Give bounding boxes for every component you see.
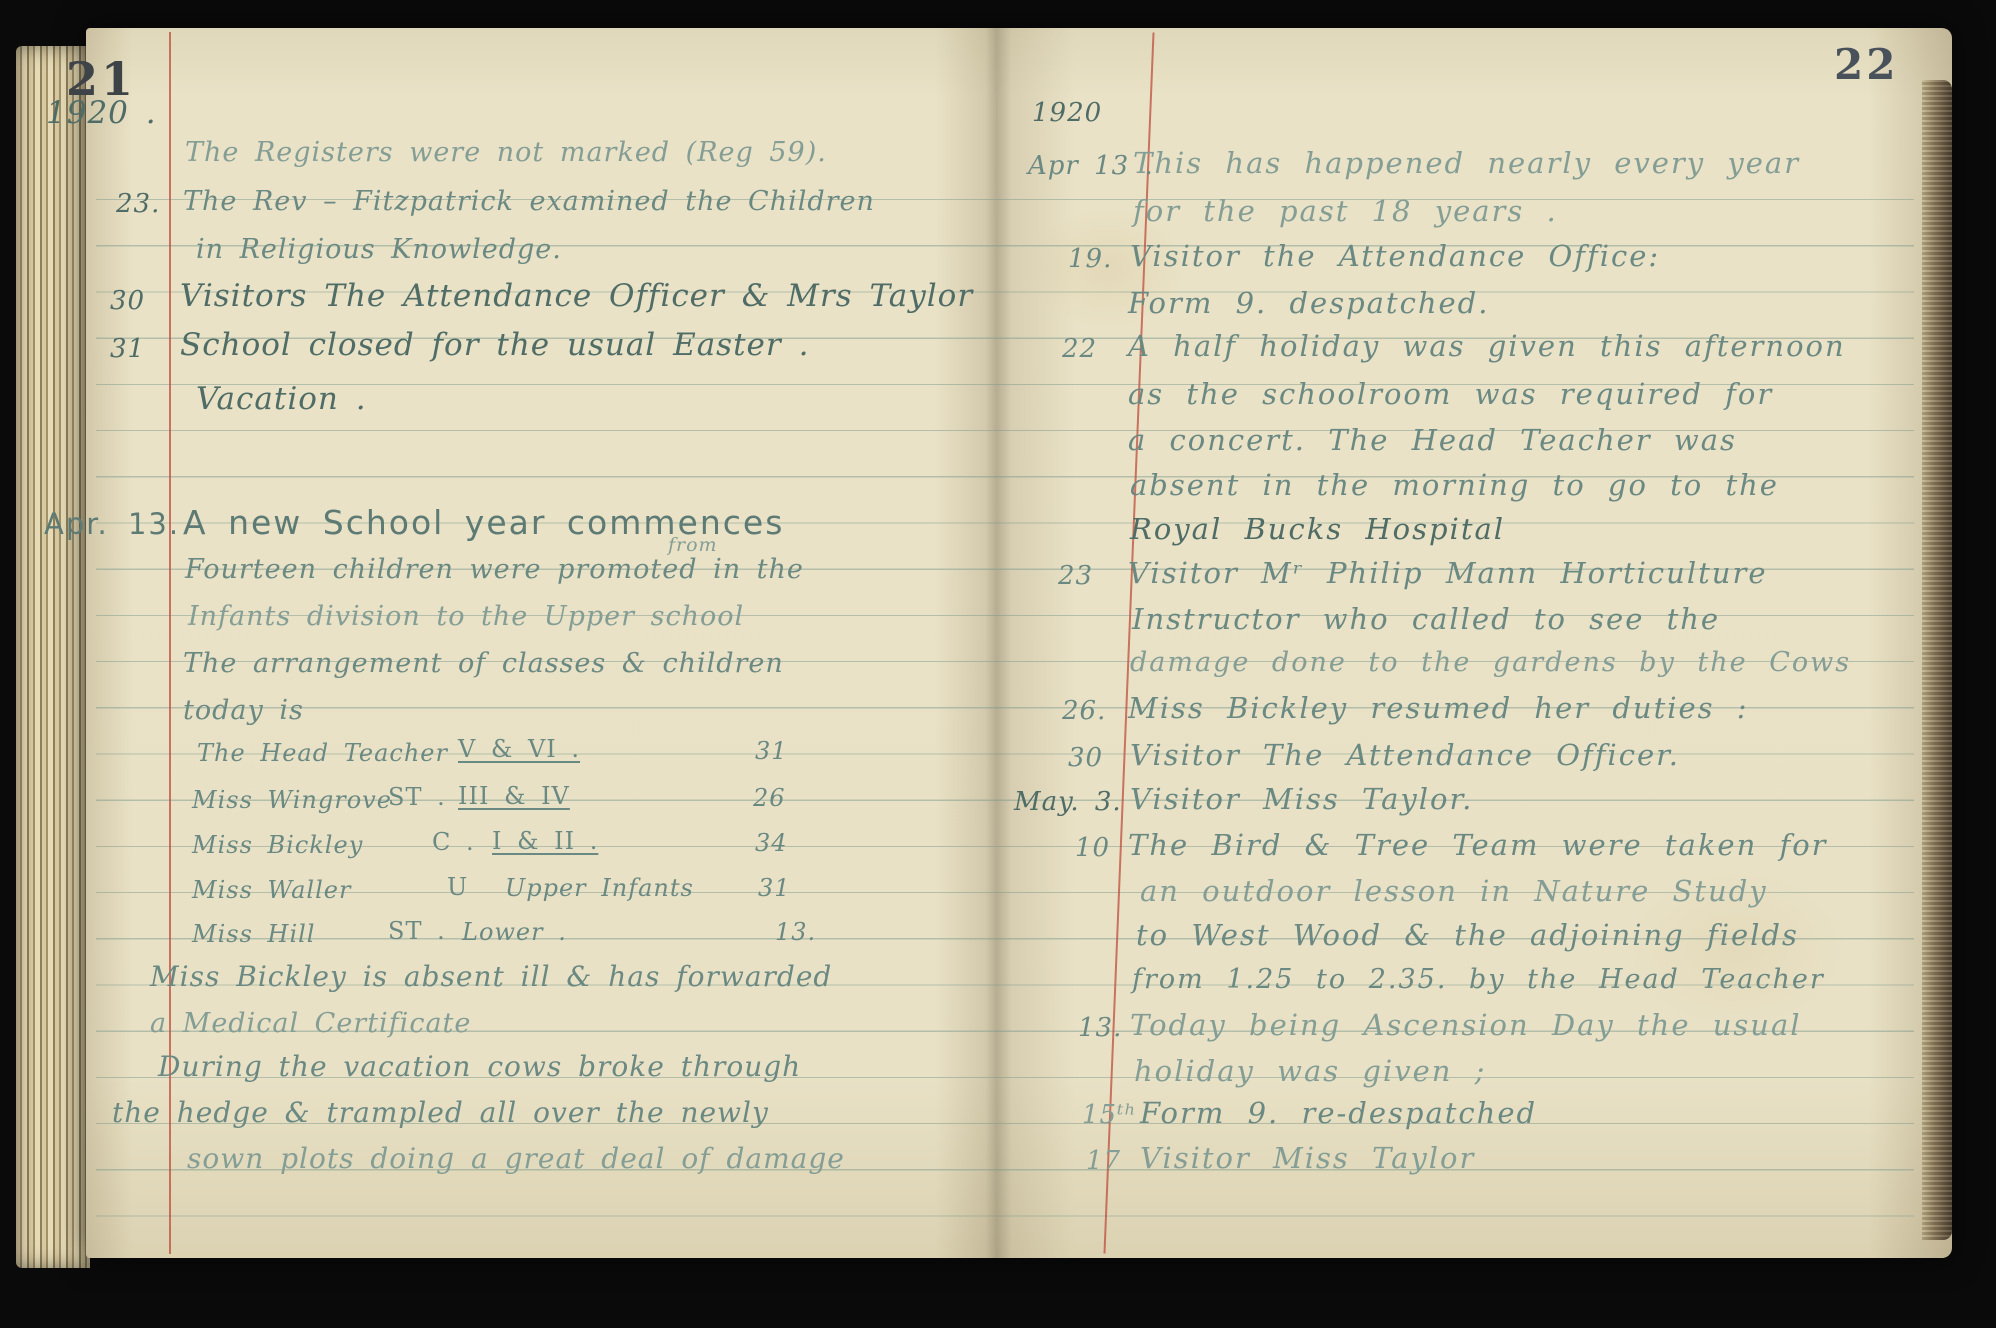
- entry-text: Visitor the Attendance Office:: [1130, 242, 1660, 271]
- entry-text: Vacation .: [196, 384, 367, 415]
- class-table-classes: III & IV: [458, 784, 570, 808]
- entry-text: During the vacation cows broke through: [158, 1053, 801, 1081]
- class-table-count: 31: [758, 876, 791, 900]
- entry-date: 10: [1075, 835, 1110, 861]
- class-table-classes: Upper Infants: [505, 876, 694, 900]
- entry-text: Infants division to the Upper school: [188, 603, 744, 630]
- entry-text: The arrangement of classes & children: [183, 650, 784, 677]
- entry-text: Instructor who called to see the: [1132, 605, 1720, 634]
- entry-text: Visitor Miss Taylor: [1140, 1144, 1475, 1173]
- entry-text: today is: [183, 697, 304, 724]
- entry-date: 19.: [1068, 246, 1112, 272]
- entry-text: Visitors The Attendance Officer & Mrs Ta…: [180, 281, 973, 312]
- entry-date: 22: [1062, 336, 1097, 362]
- page-stack-edge: [16, 46, 90, 1268]
- entry-text: sown plots doing a great deal of damage: [187, 1145, 845, 1173]
- entry-text: The Bird & Tree Team were taken for: [1128, 831, 1828, 860]
- entry-text: an outdoor lesson in Nature Study: [1140, 877, 1768, 906]
- class-table-classes: I & II .: [492, 829, 598, 853]
- entry-text: Fourteen children were promoted in the: [185, 556, 804, 583]
- entry-date: 31: [110, 336, 145, 362]
- entry-date: May. 3.: [1014, 789, 1122, 815]
- entry-text: as the schoolroom was required for: [1128, 380, 1773, 409]
- entry-date: 13.: [1078, 1015, 1122, 1041]
- class-table-classes: Lower .: [462, 920, 567, 944]
- year-label-left: 1920 .: [46, 98, 157, 129]
- page-number-22: 22: [1834, 40, 1898, 89]
- entry-text: in Religious Knowledge.: [196, 236, 562, 263]
- entry-text: holiday was given ;: [1134, 1057, 1486, 1086]
- inserted-word: from: [668, 536, 718, 555]
- entry-text: from 1.25 to 2.35. by the Head Teacher: [1132, 966, 1825, 993]
- entry-text: Visitor The Attendance Officer.: [1130, 741, 1680, 770]
- entry-text: The Rev – Fitzpatrick examined the Child…: [183, 188, 875, 215]
- class-table-standard: ST .: [388, 785, 446, 809]
- entry-text: Miss Bickley resumed her duties :: [1128, 694, 1749, 723]
- entry-text: The Registers were not marked (Reg 59).: [185, 139, 827, 166]
- entry-text: damage done to the gardens by the Cows: [1130, 649, 1851, 676]
- entry-date: 30: [1068, 745, 1103, 771]
- class-table-count: 31: [755, 739, 788, 763]
- entry-text: a Medical Certificate: [150, 1010, 471, 1037]
- class-table-teacher: Miss Hill: [192, 922, 315, 946]
- entry-date: 23: [1058, 563, 1093, 589]
- class-table-count: 34: [755, 831, 788, 855]
- class-table-teacher: The Head Teacher: [197, 741, 448, 765]
- entry-text: a concert. The Head Teacher was: [1128, 426, 1737, 455]
- page-block-fore-edge: [1922, 80, 1952, 1240]
- logbook-photo: 21 22 1920 . The Registers were not mark…: [0, 0, 1996, 1328]
- entry-text: the hedge & trampled all over the newly: [112, 1099, 769, 1127]
- entry-date: 26.: [1062, 698, 1106, 724]
- entry-date: 15ᵗʰ: [1082, 1102, 1137, 1128]
- class-table-teacher: Miss Waller: [192, 878, 351, 902]
- class-table-standard: ST .: [388, 919, 446, 943]
- entry-date: 23.: [116, 191, 160, 217]
- class-table-teacher: Miss Bickley: [192, 833, 363, 857]
- entry-text: Royal Bucks Hospital: [1130, 515, 1505, 544]
- entry-text: Form 9. despatched.: [1128, 289, 1489, 318]
- entry-text: Today being Ascension Day the usual: [1130, 1011, 1802, 1040]
- year-label-right: 1920: [1032, 100, 1102, 126]
- entry-text: A half holiday was given this afternoon: [1128, 332, 1846, 361]
- entry-text: Miss Bickley is absent ill & has forward…: [150, 963, 832, 991]
- entry-text: This has happened nearly every year: [1133, 149, 1800, 178]
- class-table-standard: C .: [432, 830, 475, 854]
- entry-date: 17: [1086, 1148, 1121, 1174]
- entry-text: Visitor Mʳ Philip Mann Horticulture: [1128, 559, 1767, 588]
- class-table-count: 13.: [775, 920, 816, 944]
- entry-text: absent in the morning to go to the: [1130, 471, 1779, 500]
- entry-text: School closed for the usual Easter .: [180, 330, 809, 361]
- entry-text: to West Wood & the adjoining fields: [1136, 921, 1799, 950]
- entry-date: 30: [110, 288, 145, 314]
- class-table-classes: V & VI .: [458, 737, 580, 761]
- class-table-count: 26: [753, 786, 786, 810]
- entry-text: Form 9. re-despatched: [1140, 1099, 1537, 1128]
- class-table-teacher: Miss Wingrove: [192, 788, 392, 812]
- class-table-standard: U: [447, 875, 468, 899]
- entry-date: Apr. 13.: [44, 510, 180, 539]
- entry-text: Visitor Miss Taylor.: [1130, 785, 1473, 814]
- entry-text: for the past 18 years .: [1133, 197, 1558, 226]
